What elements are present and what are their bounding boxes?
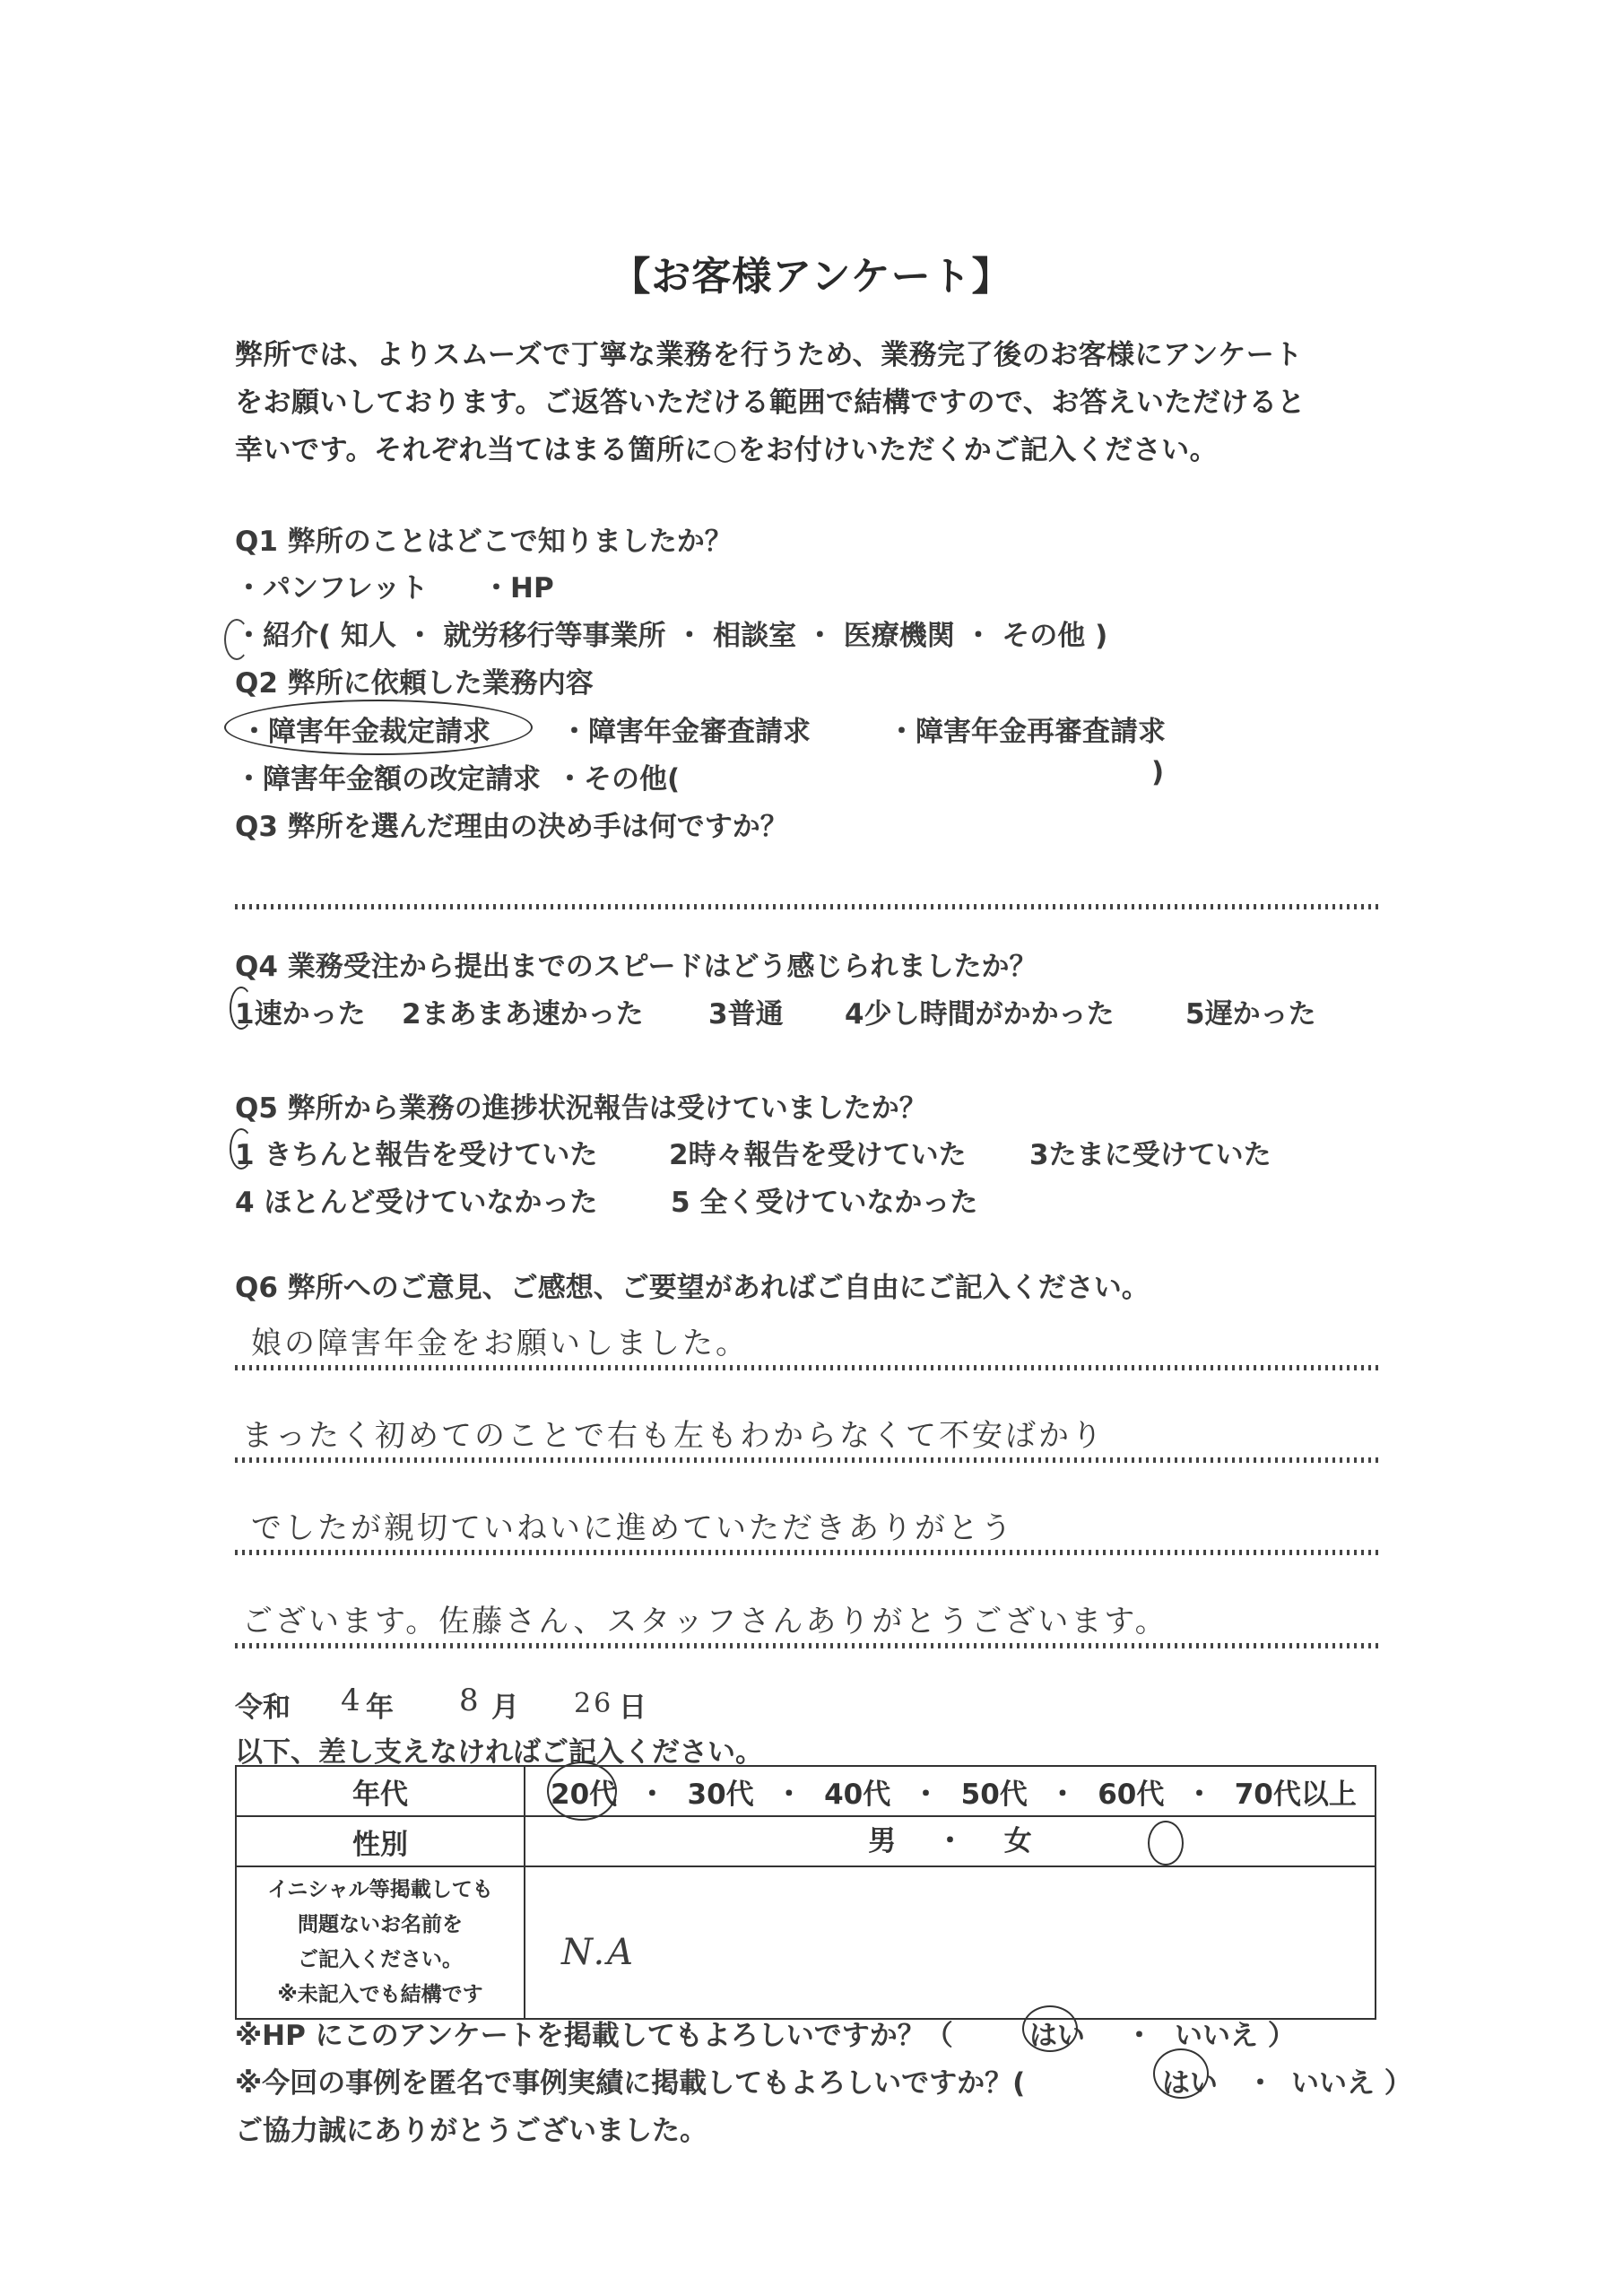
q2-option-other[interactable]: ・その他( bbox=[556, 756, 680, 796]
age-option-40s[interactable]: 40代 bbox=[824, 1771, 890, 1812]
q2-option-other-close: ) bbox=[1151, 756, 1164, 788]
q1-option-referral[interactable]: ・紹介( 知人 ・ 就労移行等事業所 ・ 相談室 ・ 医療機関 ・ その他 ) bbox=[235, 613, 1107, 653]
q4-option-5[interactable]: 5遅かった bbox=[1185, 991, 1316, 1031]
q5-question: Q5 弊所から業務の進捗状況報告は受けていましたか？ bbox=[235, 1085, 927, 1126]
gender-options: 男 ・ 女 bbox=[525, 1816, 1376, 1866]
q5-option-4[interactable]: 4 ほとんど受けていなかった bbox=[235, 1179, 597, 1220]
date-month-label: 月 bbox=[491, 1684, 519, 1725]
age-selection-circle bbox=[547, 1761, 617, 1821]
info-table: 年代 20代 ・ 30代 ・ 40代 ・ 50代 ・ 60代 ・ 70代以上 性… bbox=[235, 1765, 1376, 2020]
intro-line-1: 弊所では、よりスムーズで丁寧な業務を行うため、業務完了後のお客様にアンケート bbox=[235, 332, 1303, 372]
q4-question: Q4 業務受注から提出までのスピードはどう感じられましたか？ bbox=[235, 944, 1037, 984]
q6-dotted-line-2 bbox=[235, 1457, 1381, 1463]
q1-question: Q1 弊所のことはどこで知りましたか？ bbox=[235, 518, 733, 559]
name-label-line-1: イニシャル等掲載しても bbox=[237, 1873, 524, 1908]
name-label: イニシャル等掲載しても 問題ないお名前を ご記入ください。 ※未記入でも結構です bbox=[236, 1866, 525, 2019]
gender-selection-circle bbox=[1148, 1821, 1184, 1865]
hp-consent-no[interactable]: いいえ ） bbox=[1175, 2013, 1296, 2053]
gender-option-female[interactable]: 女 bbox=[1004, 1825, 1032, 1857]
name-value: N.A bbox=[561, 1932, 636, 1973]
case-consent-no[interactable]: いいえ ） bbox=[1291, 2060, 1412, 2100]
intro-line-2: をお願いしております。ご返答いただける範囲で結構ですので、お答えいただけると bbox=[235, 379, 1306, 420]
date-era: 令和 bbox=[235, 1684, 291, 1725]
q6-answer-line-4[interactable]: ございます。佐藤さん、スタッフさんありがとうございます。 bbox=[242, 1596, 1168, 1640]
hp-consent-selection-circle bbox=[1022, 2005, 1078, 2052]
q1-selection-mark bbox=[224, 619, 249, 660]
q4-option-3[interactable]: 3普通 bbox=[708, 991, 784, 1031]
q3-answer-field[interactable] bbox=[235, 861, 1381, 897]
q3-dotted-line bbox=[235, 904, 1381, 909]
separator: ・ bbox=[1246, 2060, 1274, 2100]
age-options: 20代 ・ 30代 ・ 40代 ・ 50代 ・ 60代 ・ 70代以上 bbox=[525, 1766, 1376, 1816]
case-consent-question: ※今回の事例を匿名で事例実績に掲載してもよろしいですか？( bbox=[235, 2060, 1025, 2100]
age-option-70s-plus[interactable]: 70代以上 bbox=[1235, 1771, 1357, 1812]
q6-answer-line-2[interactable]: まったく初めてのことで右も左もわからなくて不安ばかり bbox=[242, 1411, 1105, 1455]
age-option-30s[interactable]: 30代 bbox=[688, 1771, 754, 1812]
separator: ・ bbox=[638, 1771, 666, 1812]
date-day-label: 日 bbox=[619, 1684, 647, 1725]
q6-answer-line-3[interactable]: でしたが親切ていねいに進めていただきありがとう bbox=[251, 1503, 1014, 1547]
hp-consent-question: ※HP にこのアンケートを掲載してもよろしいですか？（ bbox=[235, 2013, 953, 2053]
gender-label: 性別 bbox=[236, 1816, 525, 1866]
q2-question: Q2 弊所に依頼した業務内容 bbox=[235, 660, 594, 700]
q5-option-3[interactable]: 3たまに受けていた bbox=[1029, 1132, 1271, 1172]
separator: ・ bbox=[906, 1825, 994, 1857]
q6-dotted-line-3 bbox=[235, 1550, 1381, 1555]
separator: ・ bbox=[912, 1771, 940, 1812]
name-label-line-2: 問題ないお名前を bbox=[237, 1908, 524, 1943]
q4-option-4[interactable]: 4少し時間がかかった bbox=[845, 991, 1115, 1031]
q2-option-re-review-claim[interactable]: ・障害年金再審査請求 bbox=[888, 709, 1166, 749]
q2-selection-circle bbox=[224, 700, 533, 755]
age-label: 年代 bbox=[236, 1766, 525, 1816]
name-label-line-3: ご記入ください。 bbox=[237, 1943, 524, 1978]
thanks-message: ご協力誠にありがとうございました。 bbox=[235, 2108, 707, 2148]
case-consent-selection-circle bbox=[1153, 2048, 1209, 2099]
separator: ・ bbox=[1048, 1771, 1076, 1812]
q6-question: Q6 弊所へのご意見、ご感想、ご要望があればご自由にご記入ください。 bbox=[235, 1265, 1150, 1305]
q4-selection-mark bbox=[230, 987, 253, 1030]
q5-option-1[interactable]: 1 きちんと報告を受けていた bbox=[235, 1132, 597, 1172]
optional-note: 以下、差し支えなければご記入ください。 bbox=[235, 1729, 763, 1770]
name-label-line-4: ※未記入でも結構です bbox=[237, 1978, 524, 2013]
q6-dotted-line-4 bbox=[235, 1643, 1381, 1648]
age-option-60s[interactable]: 60代 bbox=[1098, 1771, 1164, 1812]
q5-selection-mark bbox=[230, 1128, 253, 1170]
q4-option-1[interactable]: 1速かった bbox=[235, 991, 366, 1031]
date-day-value[interactable]: 26 bbox=[574, 1688, 613, 1719]
q6-dotted-line-1 bbox=[235, 1365, 1381, 1370]
separator: ・ bbox=[1125, 2013, 1153, 2053]
q3-question: Q3 弊所を選んだ理由の決め手は何ですか？ bbox=[235, 804, 788, 844]
page-title: 【お客様アンケート】 bbox=[0, 244, 1623, 301]
intro-line-3: 幸いです。それぞれ当てはまる箇所に○をお付けいただくかご記入ください。 bbox=[235, 427, 1218, 467]
name-field[interactable]: N.A bbox=[525, 1866, 1376, 2019]
q2-option-review-claim[interactable]: ・障害年金審査請求 bbox=[560, 709, 811, 749]
q5-option-2[interactable]: 2時々報告を受けていた bbox=[669, 1132, 967, 1172]
q1-option-pamphlet[interactable]: ・パンフレット bbox=[235, 565, 428, 605]
q4-option-2[interactable]: 2まあまあ速かった bbox=[402, 991, 644, 1031]
separator: ・ bbox=[775, 1771, 803, 1812]
q1-option-hp[interactable]: ・HP bbox=[482, 565, 554, 605]
q2-option-revision-claim[interactable]: ・障害年金額の改定請求 bbox=[235, 756, 541, 796]
date-year-label: 年 bbox=[366, 1684, 394, 1725]
separator: ・ bbox=[1185, 1771, 1213, 1812]
q5-option-5[interactable]: 5 全く受けていなかった bbox=[671, 1179, 977, 1220]
date-year-value[interactable]: 4 bbox=[341, 1683, 363, 1718]
age-option-50s[interactable]: 50代 bbox=[961, 1771, 1028, 1812]
date-month-value[interactable]: 8 bbox=[459, 1683, 482, 1718]
q6-answer-line-1[interactable]: 娘の障害年金をお願いしました。 bbox=[251, 1318, 749, 1362]
gender-option-male[interactable]: 男 bbox=[868, 1825, 896, 1857]
